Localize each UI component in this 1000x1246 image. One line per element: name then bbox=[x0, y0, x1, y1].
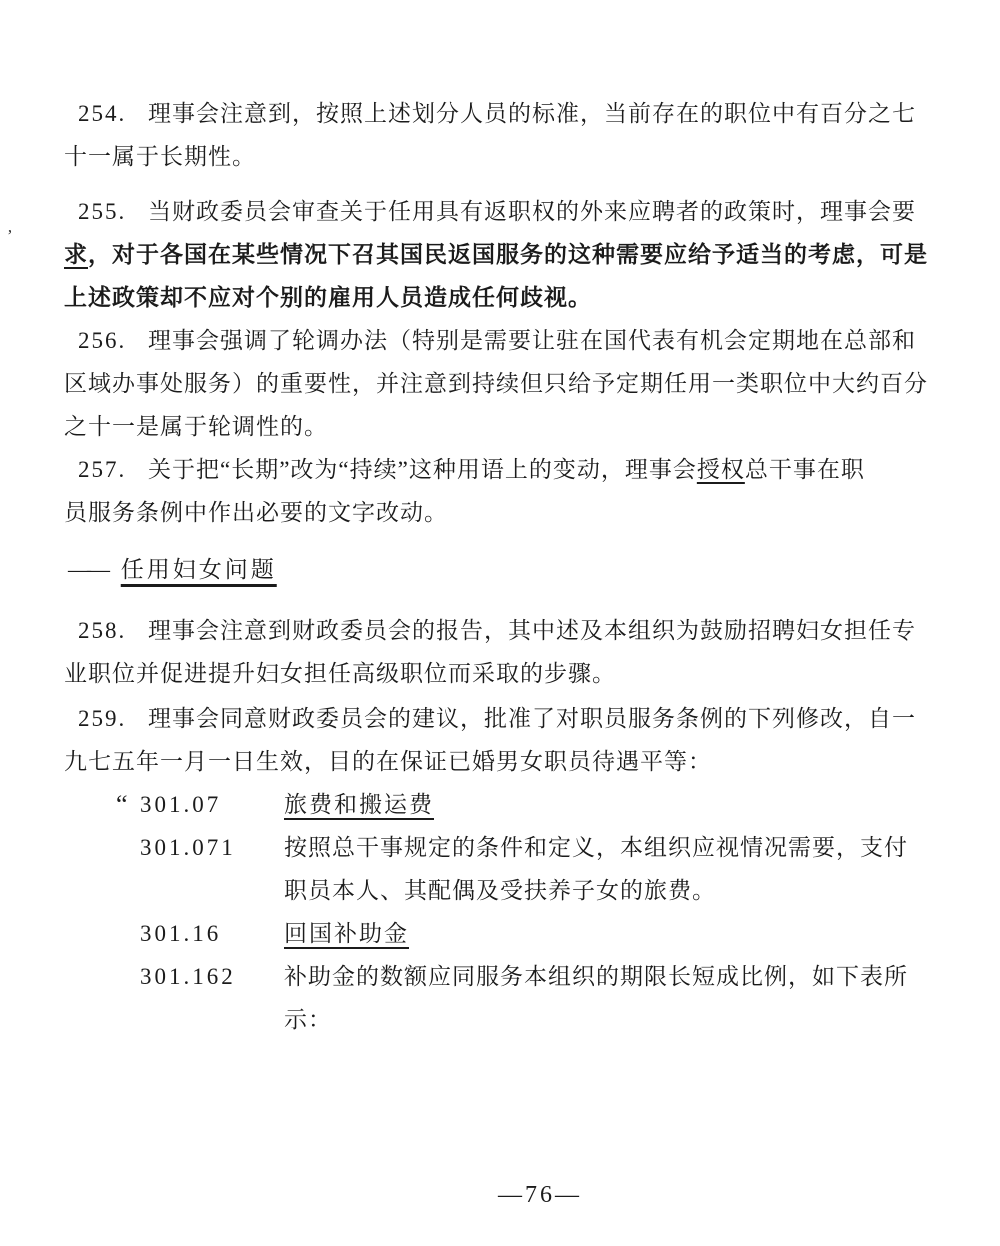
text-segment: 补助金的数额应同服务本组织的期限长短成比例，如下表所 bbox=[284, 964, 908, 989]
section-heading: —— 任用妇女问题 bbox=[64, 548, 942, 591]
text-segment: 理事会强调了轮调办法（特别是需要让驻在国代表有机会定期地在总部和 bbox=[148, 328, 916, 353]
clause-301-07: “ 301.07 旅费和搬运费 bbox=[64, 783, 942, 826]
text-line: 上述政策却不应对个别的雇用人员造成任何歧视。 bbox=[64, 276, 942, 319]
paragraph-number: 258. bbox=[78, 609, 148, 652]
text-line: 九七五年一月一日生效，目的在保证已婚男女职员待遇平等： bbox=[64, 740, 942, 783]
section-heading-title: 任用妇女问题 bbox=[121, 557, 277, 582]
paragraph-number: 254. bbox=[78, 92, 148, 135]
text-segment: 示： bbox=[284, 1007, 332, 1032]
clause-title: 回国补助金 bbox=[284, 912, 409, 955]
text-segment: 理事会注意到财政委员会的报告，其中述及本组织为鼓励招聘妇女担任专 bbox=[148, 618, 916, 643]
text-line: 按照总干事规定的条件和定义，本组织应视情况需要，支付 bbox=[284, 826, 942, 869]
paragraph-number: 259. bbox=[78, 697, 148, 740]
text-line: 业职位并促进提升妇女担任高级职位而采取的步骤。 bbox=[64, 652, 942, 695]
text-line: 254.理事会注意到，按照上述划分人员的标准，当前存在的职位中有百分之七 bbox=[64, 92, 942, 135]
text-segment: 按照总干事规定的条件和定义，本组织应视情况需要，支付 bbox=[284, 835, 908, 860]
text-segment: 总干事在职 bbox=[745, 457, 865, 482]
paragraph-258: 258.理事会注意到财政委员会的报告，其中述及本组织为鼓励招聘妇女担任专 业职位… bbox=[64, 609, 942, 695]
underlined-segment: 授权 bbox=[697, 457, 745, 482]
paragraph-254: 254.理事会注意到，按照上述划分人员的标准，当前存在的职位中有百分之七 十一属… bbox=[64, 92, 942, 178]
text-segment: 业职位并促进提升妇女担任高级职位而采取的步骤。 bbox=[64, 661, 616, 686]
text-segment: 区域办事处服务）的重要性，并注意到持续但只给予定期任用一类职位中大约百分 bbox=[64, 371, 928, 396]
paragraph-number: 255. bbox=[78, 190, 148, 233]
text-segment: 关于把“长期”改为“持续”这种用语上的变动，理事会 bbox=[148, 457, 697, 482]
paragraph-number: 256. bbox=[78, 319, 148, 362]
text-segment: ，对于各国在某些情况下召其国民返国服务的这种需要应给予适当的考虑，可是 bbox=[88, 242, 928, 267]
paragraph-257: 257.关于把“长期”改为“持续”这种用语上的变动，理事会授权总干事在职 员服务… bbox=[64, 448, 942, 534]
clause-301-071: 301.071 按照总干事规定的条件和定义，本组织应视情况需要，支付 职员本人、… bbox=[64, 826, 942, 912]
clause-301-162: 301.162 补助金的数额应同服务本组织的期限长短成比例，如下表所 示： bbox=[64, 955, 942, 1041]
paragraph-256: 256.理事会强调了轮调办法（特别是需要让驻在国代表有机会定期地在总部和 区域办… bbox=[64, 319, 942, 448]
text-line: 255.当财政委员会审查关于任用具有返职权的外来应聘者的政策时，理事会要 bbox=[64, 190, 942, 233]
text-line: 区域办事处服务）的重要性，并注意到持续但只给予定期任用一类职位中大约百分 bbox=[64, 362, 942, 405]
text-line: 之十一是属于轮调性的。 bbox=[64, 405, 942, 448]
text-segment: 员服务条例中作出必要的文字改动。 bbox=[64, 500, 448, 525]
clause-number: 301.07 bbox=[140, 783, 284, 826]
text-segment: 理事会同意财政委员会的建议，批准了对职员服务条例的下列修改，自一 bbox=[148, 706, 916, 731]
page-number: —76— bbox=[0, 1182, 1000, 1209]
text-segment: 之十一是属于轮调性的。 bbox=[64, 414, 328, 439]
text-segment: 理事会注意到，按照上述划分人员的标准，当前存在的职位中有百分之七 bbox=[148, 101, 916, 126]
underlined-segment: 求 bbox=[64, 242, 88, 267]
text-segment: 当财政委员会审查关于任用具有返职权的外来应聘者的政策时，理事会要 bbox=[148, 199, 916, 224]
text-line: 257.关于把“长期”改为“持续”这种用语上的变动，理事会授权总干事在职 bbox=[64, 448, 942, 491]
text-line: 员服务条例中作出必要的文字改动。 bbox=[64, 491, 942, 534]
clause-list: “ 301.07 旅费和搬运费 301.071 按照总干事规定的条件和定义，本组… bbox=[64, 783, 942, 1041]
text-line: 十一属于长期性。 bbox=[64, 135, 942, 178]
clause-body: 补助金的数额应同服务本组织的期限长短成比例，如下表所 示： bbox=[284, 955, 942, 1041]
paragraph-259: 259.理事会同意财政委员会的建议，批准了对职员服务条例的下列修改，自一 九七五… bbox=[64, 697, 942, 783]
section-dash: —— bbox=[68, 548, 106, 591]
text-line: 256.理事会强调了轮调办法（特别是需要让驻在国代表有机会定期地在总部和 bbox=[64, 319, 942, 362]
text-line: 补助金的数额应同服务本组织的期限长短成比例，如下表所 bbox=[284, 955, 942, 998]
clause-301-16: 301.16 回国补助金 bbox=[64, 912, 942, 955]
text-segment: 职员本人、其配偶及受扶养子女的旅费。 bbox=[284, 878, 716, 903]
text-line: 求，对于各国在某些情况下召其国民返国服务的这种需要应给予适当的考虑，可是 bbox=[64, 233, 942, 276]
opening-quote-mark: “ bbox=[116, 783, 140, 826]
document-content: 254.理事会注意到，按照上述划分人员的标准，当前存在的职位中有百分之七 十一属… bbox=[0, 0, 1000, 1041]
clause-number: 301.162 bbox=[140, 955, 284, 998]
clause-number: 301.16 bbox=[140, 912, 284, 955]
text-line: 职员本人、其配偶及受扶养子女的旅费。 bbox=[284, 869, 942, 912]
text-segment: 上述政策却不应对个别的雇用人员造成任何歧视。 bbox=[64, 285, 592, 310]
paragraph-255: 255.当财政委员会审查关于任用具有返职权的外来应聘者的政策时，理事会要 求，对… bbox=[64, 190, 942, 319]
scanned-document-page: ’ 254.理事会注意到，按照上述划分人员的标准，当前存在的职位中有百分之七 十… bbox=[0, 0, 1000, 1246]
scan-artifact-mark: ’ bbox=[7, 226, 13, 246]
text-segment: 九七五年一月一日生效，目的在保证已婚男女职员待遇平等： bbox=[64, 749, 712, 774]
paragraph-number: 257. bbox=[78, 448, 148, 491]
text-line: 258.理事会注意到财政委员会的报告，其中述及本组织为鼓励招聘妇女担任专 bbox=[64, 609, 942, 652]
clause-title: 旅费和搬运费 bbox=[284, 783, 434, 826]
text-line: 示： bbox=[284, 998, 942, 1041]
text-line: 259.理事会同意财政委员会的建议，批准了对职员服务条例的下列修改，自一 bbox=[64, 697, 942, 740]
clause-body: 按照总干事规定的条件和定义，本组织应视情况需要，支付 职员本人、其配偶及受扶养子… bbox=[284, 826, 942, 912]
text-segment: 十一属于长期性。 bbox=[64, 144, 256, 169]
clause-number: 301.071 bbox=[140, 826, 284, 869]
